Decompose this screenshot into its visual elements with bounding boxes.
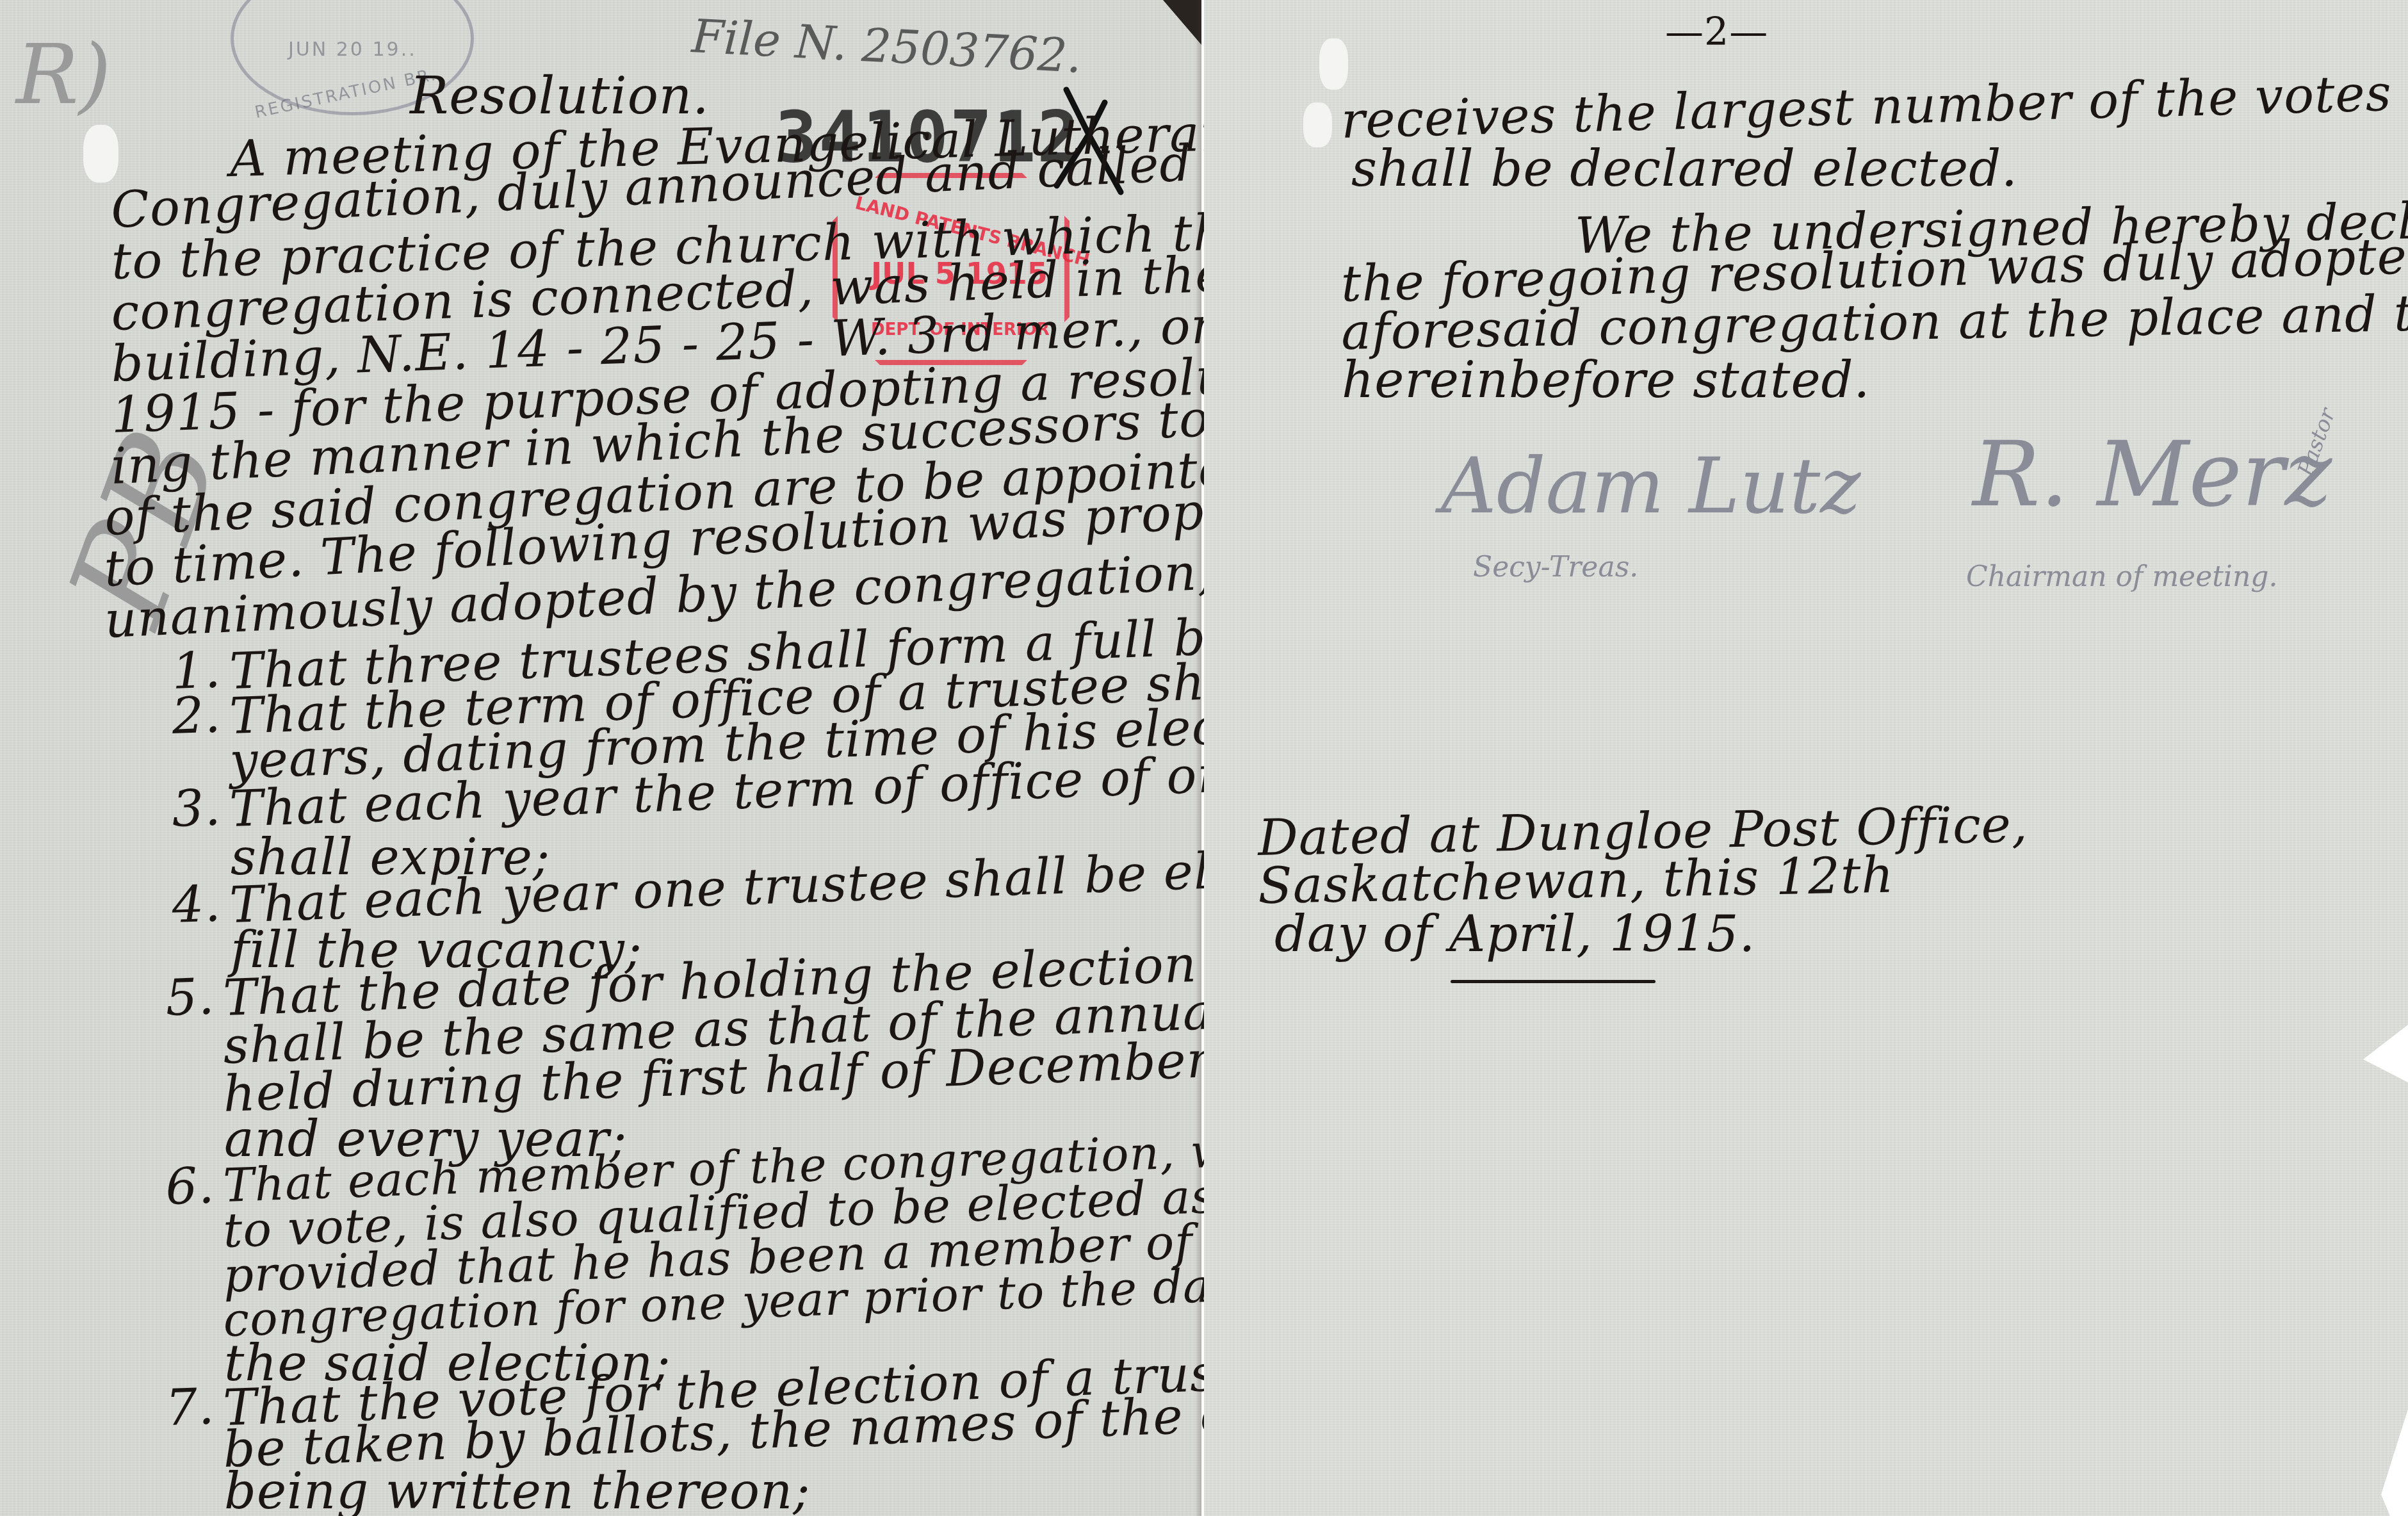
torn-edge: [2363, 1025, 2408, 1082]
signature-name: R. Merz: [1973, 423, 2332, 527]
margin-note-top: R): [16, 26, 111, 123]
date-underline: [1451, 980, 1655, 983]
item-number: 5.: [165, 972, 215, 1023]
item-line: being written thereon;: [224, 1467, 811, 1516]
signature-title: Secy-Treas.: [1473, 551, 1638, 583]
page-2: —2— receives the largest number of the v…: [1204, 0, 2408, 1516]
signature-title: Chairman of meeting.: [1966, 560, 2277, 593]
signature-name: Adam Lutz: [1441, 442, 1860, 531]
item-number: 4.: [171, 879, 222, 931]
torn-edge: [2363, 1409, 2408, 1516]
item-number: 2.: [171, 690, 222, 742]
file-number: File N. 2503762.: [690, 9, 1083, 83]
item-number: 7.: [165, 1382, 215, 1433]
continuation-line: receives the largest number of the votes…: [1340, 64, 2408, 146]
item-number: 3.: [171, 783, 222, 835]
paper-hole: [83, 125, 118, 183]
registration-stamp-date: JUN 20 19..: [288, 38, 417, 61]
paper-hole: [1319, 38, 1348, 90]
item-number: 6.: [165, 1161, 215, 1212]
dated-line: day of April, 1915.: [1274, 909, 1755, 959]
paper-hole: [1303, 102, 1332, 147]
declaration-line: hereinbefore stated.: [1342, 355, 1870, 405]
continuation-line: shall be declared elected.: [1351, 144, 2018, 194]
page-number: —2—: [1665, 13, 1768, 51]
page-1: R) PB JUN 20 19.. REGISTRATION BR.. File…: [0, 0, 1201, 1516]
document-title: Resolution.: [410, 70, 710, 122]
dated-line: Saskatchewan, this 12th: [1258, 851, 1895, 911]
folded-corner: [1163, 0, 1201, 45]
